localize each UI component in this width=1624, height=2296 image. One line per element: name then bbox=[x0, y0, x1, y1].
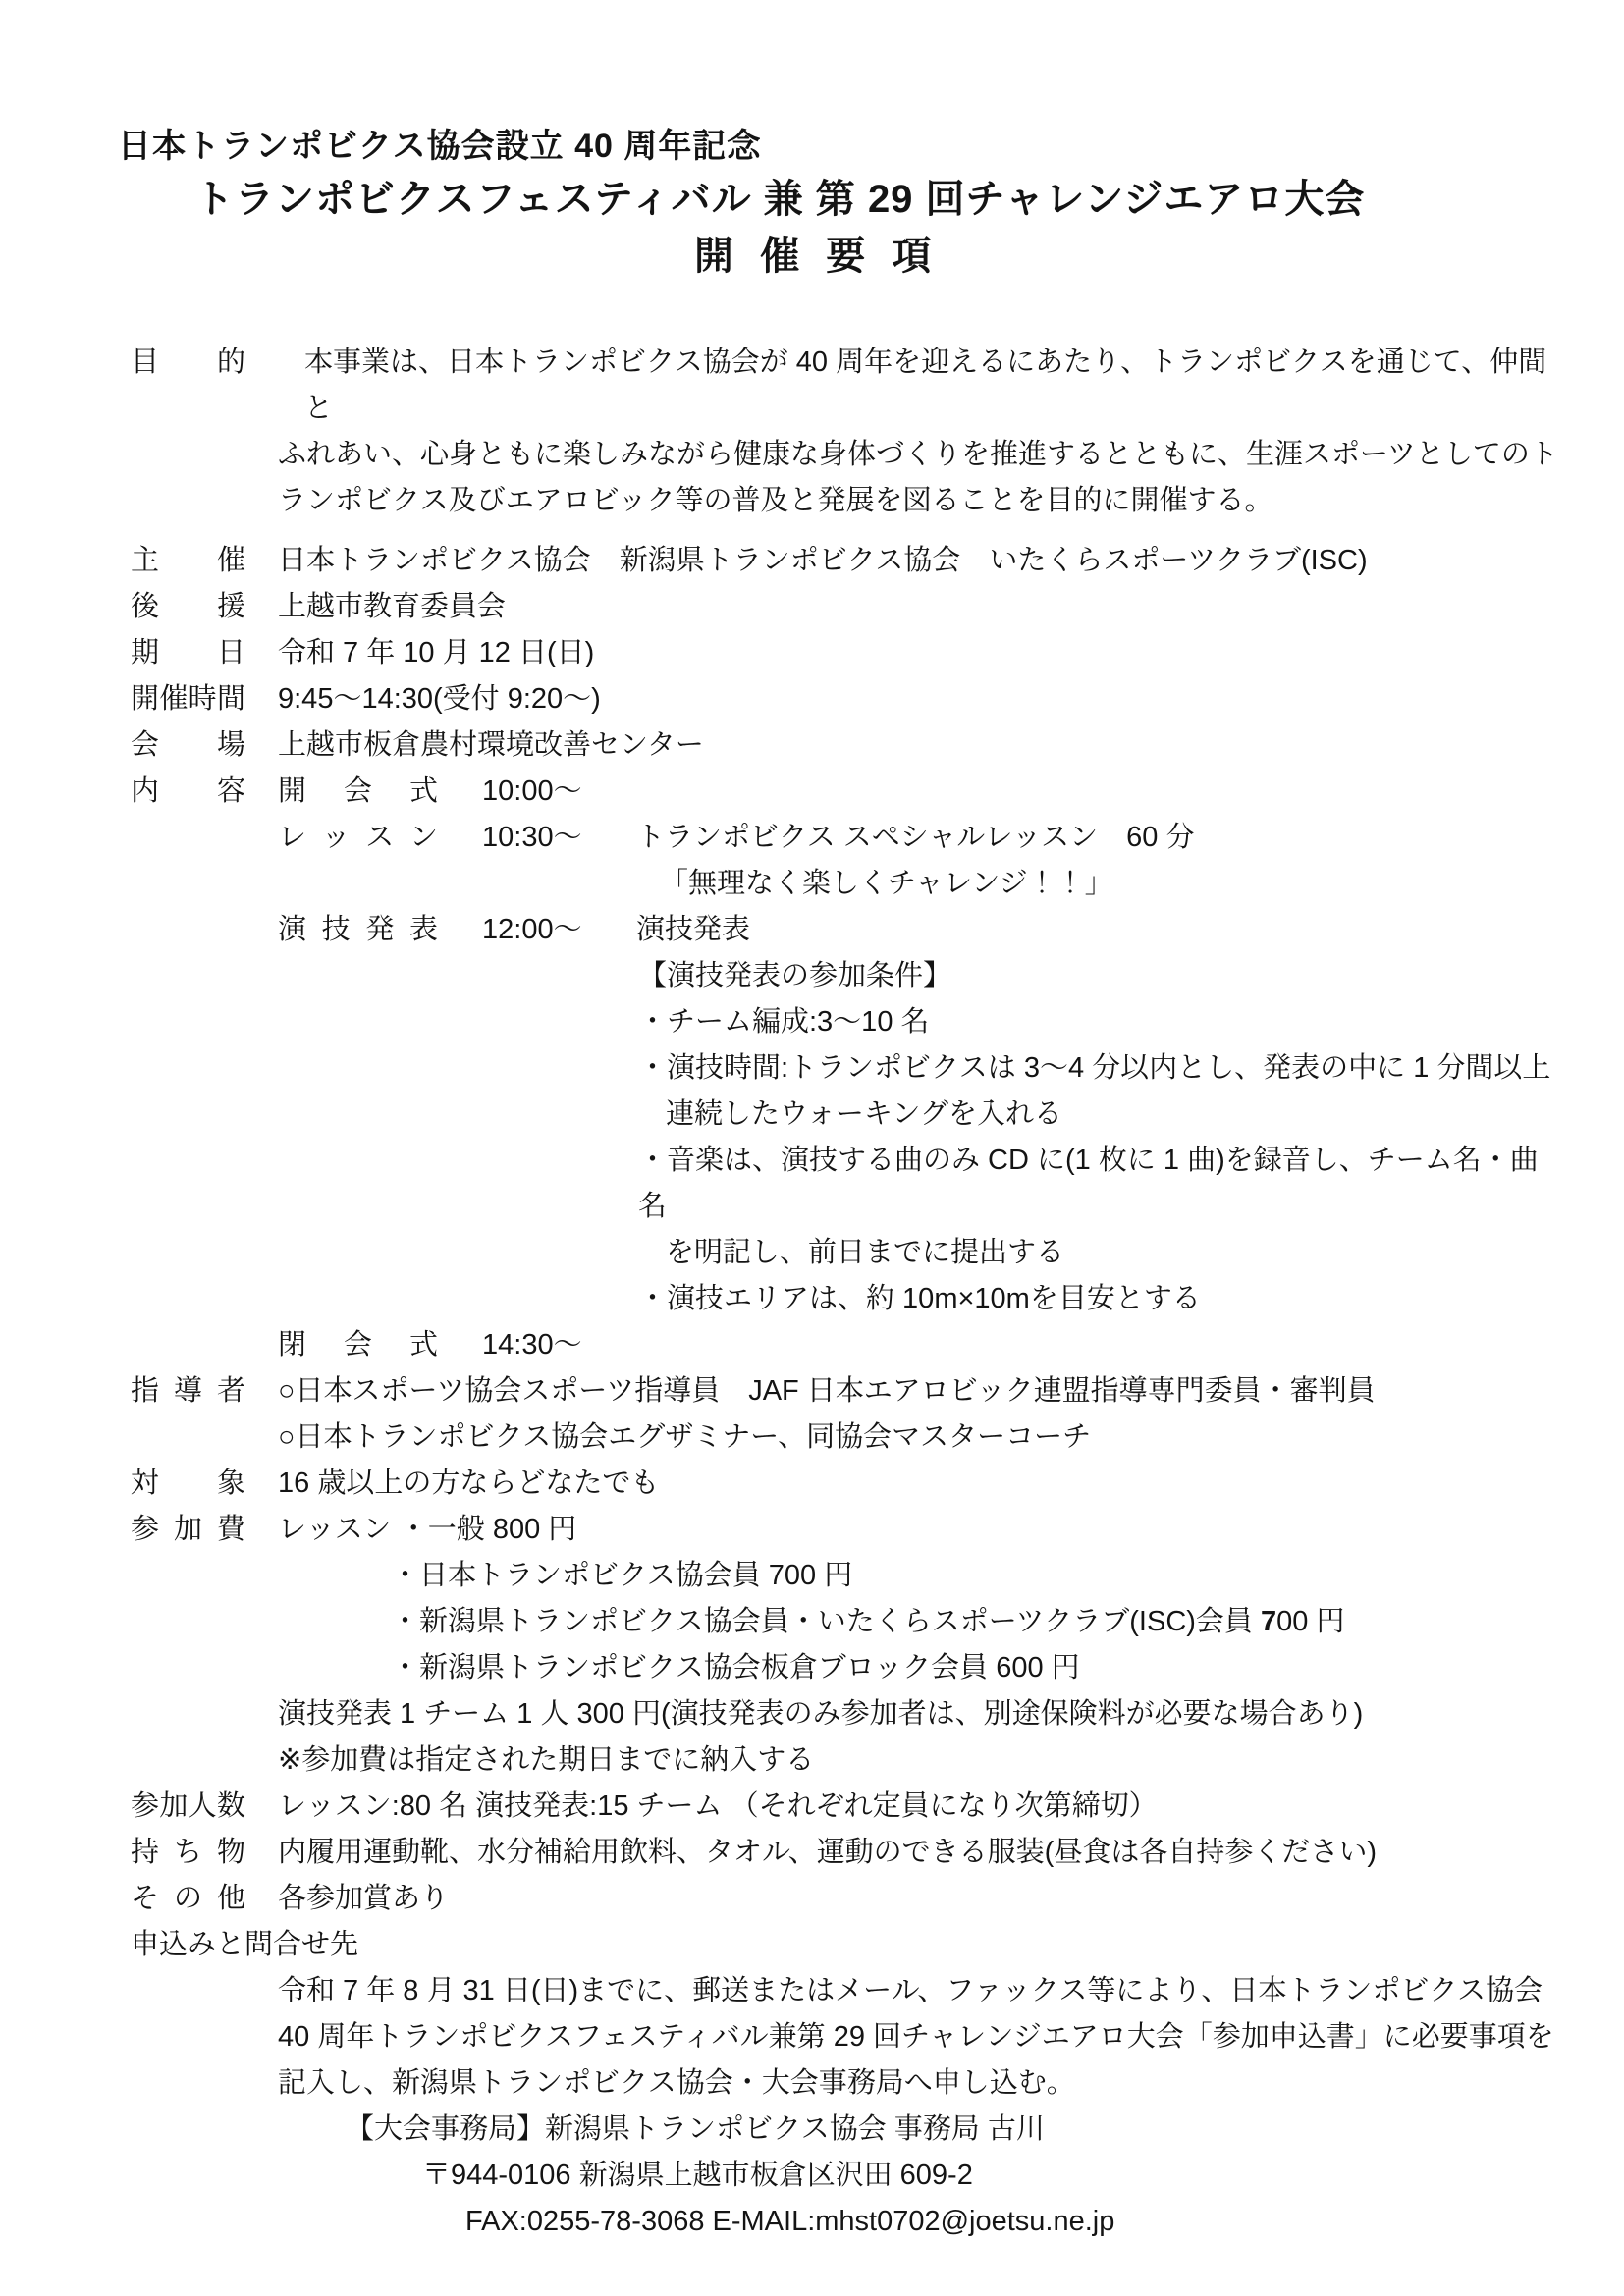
fee-lesson-general: レッスン ・一般 800 円 bbox=[278, 1507, 1565, 1553]
field-label-other: その他 bbox=[131, 1876, 245, 1922]
field-label-eligibility: 対象 bbox=[131, 1461, 245, 1507]
field-label-program: 内容 bbox=[131, 769, 245, 815]
application-address: 〒944-0106 新潟県上越市板倉区沢田 609-2 bbox=[422, 2153, 1565, 2199]
title-line-2: トランポビクスフェスティバル 兼 第 29 回チャレンジエアロ大会 bbox=[194, 173, 1624, 226]
schedule-row-opening: 開会式 10:00～ bbox=[278, 769, 1565, 815]
field-label-date: 期日 bbox=[131, 630, 245, 676]
application-office: 【大会事務局】新潟県トランポビクス協会 事務局 古川 bbox=[346, 2107, 1565, 2153]
condition-item-2-continued: 連続したウォーキングを入れる bbox=[666, 1092, 1565, 1138]
fee-content: レッスン ・一般 800 円 ・日本トランポビクス協会員 700 円 ・新潟県ト… bbox=[278, 1507, 1565, 1784]
field-row-capacity: 参加人数 レッスン:80 名 演技発表:15 チーム （それぞれ定員になり次第締… bbox=[131, 1784, 1565, 1830]
fee-note: ※参加費は指定された期日までに納入する bbox=[278, 1737, 1565, 1784]
condition-item-4: ・演技エリアは、約 10m×10mを目安とする bbox=[638, 1276, 1565, 1322]
application-heading: 申込みと問合せ先 bbox=[131, 1922, 358, 1968]
application-contact: FAX:0255-78-3068 E-MAIL:mhst0702@joetsu.… bbox=[465, 2199, 1565, 2245]
schedule-name-lesson: レッスン bbox=[278, 815, 438, 861]
application-heading-row: 申込みと問合せ先 bbox=[131, 1922, 1565, 1968]
field-row-date: 期日 令和 7 年 10 月 12 日(日) bbox=[131, 630, 1565, 676]
schedule-time-opening: 10:00～ bbox=[482, 769, 636, 815]
schedule-name-opening: 開会式 bbox=[278, 769, 438, 815]
field-label-purpose: 目的 bbox=[131, 340, 245, 386]
field-row-instructors: 指導者 ○日本スポーツ協会スポーツ指導員 JAF 日本エアロビック連盟指導専門委… bbox=[131, 1368, 1565, 1461]
field-row-time: 開催時間 9:45～14:30(受付 9:20～) bbox=[131, 676, 1565, 722]
field-label-capacity: 参加人数 bbox=[131, 1784, 245, 1830]
field-row-organizer: 主催 日本トランポビクス協会 新潟県トランポビクス協会 いたくらスポーツクラブ(… bbox=[131, 538, 1565, 584]
instructors-text: ○日本スポーツ協会スポーツ指導員 JAF 日本エアロビック連盟指導専門委員・審判… bbox=[278, 1368, 1565, 1461]
eligibility-value: 16 歳以上の方ならどなたでも bbox=[278, 1461, 1565, 1507]
schedule-desc-performance: 演技発表 bbox=[636, 907, 1565, 953]
document-page: 日本トランポビクス協会設立 40 周年記念 トランポビクスフェスティバル 兼 第… bbox=[0, 0, 1624, 2296]
schedule-name-closing: 閉会式 bbox=[278, 1322, 438, 1368]
schedule-time-closing: 14:30～ bbox=[482, 1322, 636, 1368]
field-row-program: 内容 開会式 10:00～ レッスン 10:30～ トランポビクス スペシャルレ… bbox=[131, 769, 1565, 1368]
field-row-fee: 参加費 レッスン ・一般 800 円 ・日本トランポビクス協会員 700 円 ・… bbox=[131, 1507, 1565, 1784]
condition-item-3: ・音楽は、演技する曲のみ CD に(1 枚に 1 曲)を録音し、チーム名・曲名 bbox=[638, 1138, 1565, 1230]
support-value: 上越市教育委員会 bbox=[278, 584, 1565, 630]
title-line-1: 日本トランポビクス協会設立 40 周年記念 bbox=[118, 124, 1624, 169]
conditions-title: 【演技発表の参加条件】 bbox=[638, 953, 1565, 999]
instructors-line-1: ○日本スポーツ協会スポーツ指導員 JAF 日本エアロビック連盟指導専門委員・審判… bbox=[278, 1368, 1565, 1415]
application-content: 令和 7 年 8 月 31 日(日)までに、郵送またはメール、ファックス等により… bbox=[278, 1968, 1565, 2245]
title-line-3: 開 催 要 項 bbox=[694, 230, 1624, 283]
schedule-row-performance: 演技発表 12:00～ 演技発表 bbox=[278, 907, 1565, 953]
program-content: 開会式 10:00～ レッスン 10:30～ トランポビクス スペシャルレッスン… bbox=[278, 769, 1565, 1368]
application-para-2: 40 周年トランポビクスフェスティバル兼第 29 回チャレンジエアロ大会「参加申… bbox=[278, 2014, 1565, 2060]
schedule-name-performance: 演技発表 bbox=[278, 907, 438, 953]
field-label-instructors: 指導者 bbox=[131, 1368, 245, 1415]
condition-item-1: ・チーム編成:3～10 名 bbox=[638, 999, 1565, 1045]
purpose-text: 本事業は、日本トランポビクス協会が 40 周年を迎えるにあたり、トランポビクスを… bbox=[278, 340, 1565, 524]
field-row-eligibility: 対象 16 歳以上の方ならどなたでも bbox=[131, 1461, 1565, 1507]
lesson-slogan: 「無理なく楽しくチャレンジ！！」 bbox=[660, 861, 1565, 907]
fee-item-3: ・新潟県トランポビクス協会板倉ブロック会員 600 円 bbox=[391, 1645, 1565, 1691]
field-label-fee: 参加費 bbox=[131, 1507, 245, 1553]
schedule-time-lesson: 10:30～ bbox=[482, 815, 636, 861]
belongings-value: 内履用運動靴、水分補給用飲料、タオル、運動のできる服装(昼食は各自持参ください) bbox=[278, 1830, 1565, 1876]
date-value: 令和 7 年 10 月 12 日(日) bbox=[278, 630, 1565, 676]
condition-item-2: ・演技時間:トランポビクスは 3～4 分以内とし、発表の中に 1 分間以上 bbox=[638, 1045, 1565, 1092]
field-row-belongings: 持ち物 内履用運動靴、水分補給用飲料、タオル、運動のできる服装(昼食は各自持参く… bbox=[131, 1830, 1565, 1876]
field-row-venue: 会場 上越市板倉農村環境改善センター bbox=[131, 722, 1565, 769]
fee-item-2-amount-bold: 7 bbox=[1261, 1606, 1276, 1637]
field-row-support: 後援 上越市教育委員会 bbox=[131, 584, 1565, 630]
fee-item-1: ・日本トランポビクス協会員 700 円 bbox=[391, 1553, 1565, 1599]
organizer-value: 日本トランポビクス協会 新潟県トランポビクス協会 いたくらスポーツクラブ(ISC… bbox=[278, 538, 1565, 584]
time-value: 9:45～14:30(受付 9:20～) bbox=[278, 676, 1565, 722]
fee-performance: 演技発表 1 チーム 1 人 300 円(演技発表のみ参加者は、別途保険料が必要… bbox=[278, 1691, 1565, 1737]
venue-value: 上越市板倉農村環境改善センター bbox=[278, 722, 1565, 769]
fee-item-2-text: ・新潟県トランポビクス協会員・いたくらスポーツクラブ(ISC)会員 bbox=[391, 1606, 1261, 1637]
field-label-belongings: 持ち物 bbox=[131, 1830, 245, 1876]
schedule-row-lesson: レッスン 10:30～ トランポビクス スペシャルレッスン 60 分 bbox=[278, 815, 1565, 861]
purpose-line-1: 本事業は、日本トランポビクス協会が 40 周年を迎えるにあたり、トランポビクスを… bbox=[278, 340, 1565, 432]
application-para-1: 令和 7 年 8 月 31 日(日)までに、郵送またはメール、ファックス等により… bbox=[278, 1968, 1565, 2014]
application-para-3: 記入し、新潟県トランポビクス協会・大会事務局へ申し込む。 bbox=[278, 2060, 1565, 2107]
schedule-time-performance: 12:00～ bbox=[482, 907, 636, 953]
other-value: 各参加賞あり bbox=[278, 1876, 1565, 1922]
field-label-support: 後援 bbox=[131, 584, 245, 630]
field-label-time: 開催時間 bbox=[131, 676, 245, 722]
schedule-row-closing: 閉会式 14:30～ bbox=[278, 1322, 1565, 1368]
fee-item-2: ・新潟県トランポビクス協会員・いたくらスポーツクラブ(ISC)会員 700 円 bbox=[391, 1599, 1565, 1645]
schedule-desc-lesson: トランポビクス スペシャルレッスン 60 分 bbox=[636, 815, 1565, 861]
field-row-other: その他 各参加賞あり bbox=[131, 1876, 1565, 1922]
field-row-purpose: 目的 本事業は、日本トランポビクス協会が 40 周年を迎えるにあたり、トランポビ… bbox=[131, 340, 1565, 524]
field-label-venue: 会場 bbox=[131, 722, 245, 769]
purpose-line-3: ランポビクス及びエアロビック等の普及と発展を図ることを目的に開催する。 bbox=[278, 478, 1565, 524]
purpose-line-2: ふれあい、心身ともに楽しみながら健康な身体づくりを推進するとともに、生涯スポーツ… bbox=[278, 432, 1565, 478]
capacity-value: レッスン:80 名 演技発表:15 チーム （それぞれ定員になり次第締切） bbox=[278, 1784, 1565, 1830]
application-body-row: 令和 7 年 8 月 31 日(日)までに、郵送またはメール、ファックス等により… bbox=[131, 1968, 1565, 2245]
document-body: 目的 本事業は、日本トランポビクス協会が 40 周年を迎えるにあたり、トランポビ… bbox=[0, 340, 1624, 2245]
instructors-line-2: ○日本トランポビクス協会エグザミナー、同協会マスターコーチ bbox=[278, 1415, 1565, 1461]
fee-item-2-suffix: 00 円 bbox=[1276, 1606, 1344, 1637]
field-label-organizer: 主催 bbox=[131, 538, 245, 584]
condition-item-3-continued: を明記し、前日までに提出する bbox=[666, 1230, 1565, 1276]
title-block: 日本トランポビクス協会設立 40 周年記念 トランポビクスフェスティバル 兼 第… bbox=[0, 0, 1624, 283]
